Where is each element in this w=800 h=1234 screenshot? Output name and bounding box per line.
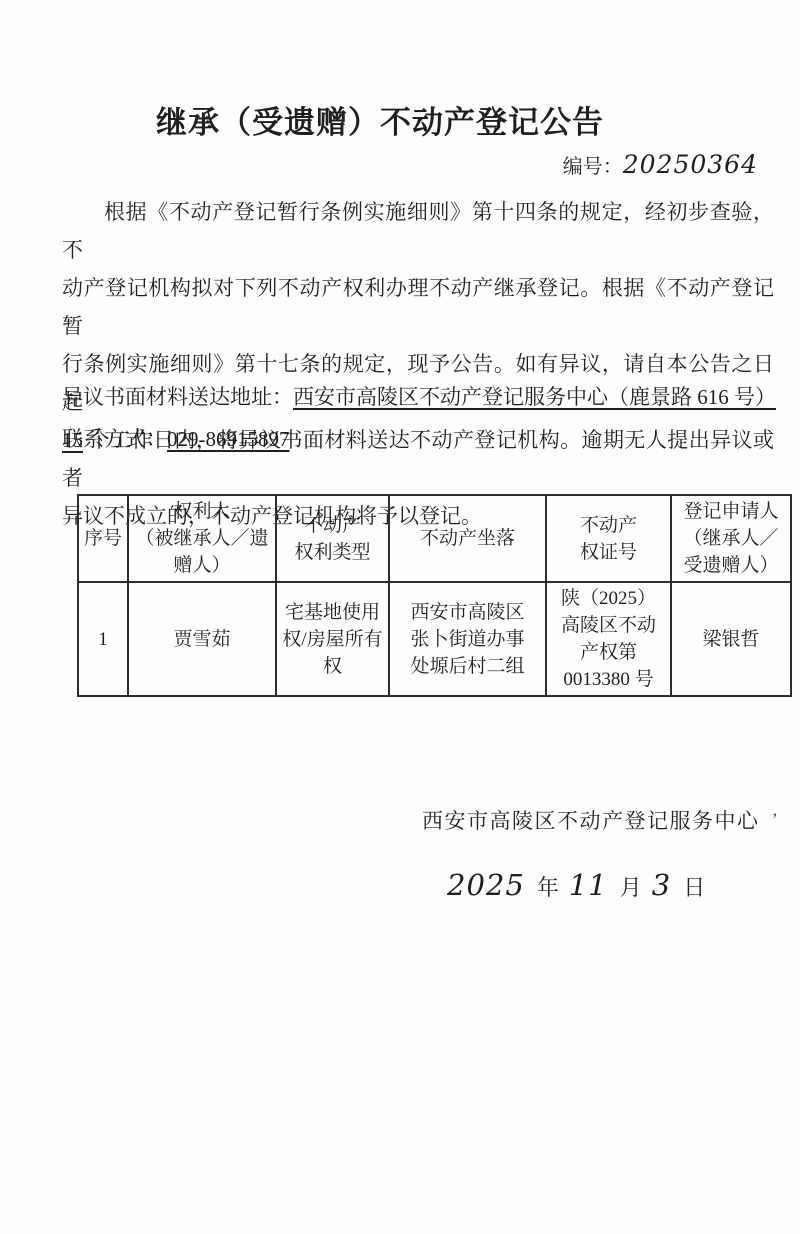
delivery-address-value: 西安市高陵区不动产登记服务中心（鹿景路 616 号） [293,385,776,409]
issue-date-year-unit: 年 [537,871,559,902]
header-property-location: 不动产坐落 [389,495,546,582]
issue-date-year: 2025 [447,868,525,902]
registration-table: 序号 权利人 （被继承人／遗 赠人） 不动产 权利类型 不动产坐落 不动产 权证… [77,494,792,697]
issue-date-day: 3 [652,868,671,902]
table-row: 1 贾雪茹 宅基地使用 权/房屋所有 权 西安市高陵区 张卜街道办事 处塬后村二… [78,582,791,696]
header-rights-holder: 权利人 （被继承人／遗 赠人） [128,495,276,582]
contact-line: 联系方式：029-86915897 [62,423,290,455]
notice-body: 根据《不动产登记暂行条例实施细则》第十四条的规定，经初步查验，不 动产登记机构拟… [62,193,774,535]
issuing-org-name: 西安市高陵区不动产登记服务中心 [422,805,752,835]
table-header-row: 序号 权利人 （被继承人／遗 赠人） 不动产 权利类型 不动产坐落 不动产 权证… [78,495,791,582]
cell-serial-number: 1 [78,582,128,696]
header-right-type: 不动产 权利类型 [276,495,389,582]
header-serial-number: 序号 [78,495,128,582]
issue-date: 2025 年 11 月 3 日 [447,868,715,902]
cell-certificate-number: 陕（2025） 高陵区不动 产权第 0013380 号 [546,582,671,696]
issue-date-day-unit: 日 [683,871,705,902]
contact-label: 联系方式： [62,427,167,451]
doc-number-label: 编号： [563,156,623,178]
header-applicant: 登记申请人 （继承人／ 受遗赠人） [671,495,791,582]
cell-property-location: 西安市高陵区 张卜街道办事 处塬后村二组 [389,582,546,696]
page-title: 继承（受遗赠）不动产登记公告 [0,97,760,142]
doc-number-value: 20250364 [623,150,758,179]
issue-date-month: 11 [569,868,608,902]
scan-stray-mark: ʼ [772,810,778,830]
contact-phone-value: 029-86915897 [167,427,290,451]
delivery-address-label: 异议书面材料送达地址： [62,385,293,409]
delivery-address-line: 异议书面材料送达地址：西安市高陵区不动产登记服务中心（鹿景路 616 号） [62,381,782,413]
cell-applicant: 梁银哲 [671,582,791,696]
body-line-1: 根据《不动产登记暂行条例实施细则》第十四条的规定，经初步查验，不 [62,193,774,269]
document-page: 继承（受遗赠）不动产登记公告 编号：20250364 根据《不动产登记暂行条例实… [0,0,800,1234]
cell-rights-holder: 贾雪茹 [128,582,276,696]
body-line-2: 动产登记机构拟对下列不动产权利办理不动产继承登记。根据《不动产登记暂 [62,269,774,345]
doc-number: 编号：20250364 [563,150,758,179]
issue-date-month-unit: 月 [620,871,642,902]
cell-right-type: 宅基地使用 权/房屋所有 权 [276,582,389,696]
header-certificate-number: 不动产 权证号 [546,495,671,582]
